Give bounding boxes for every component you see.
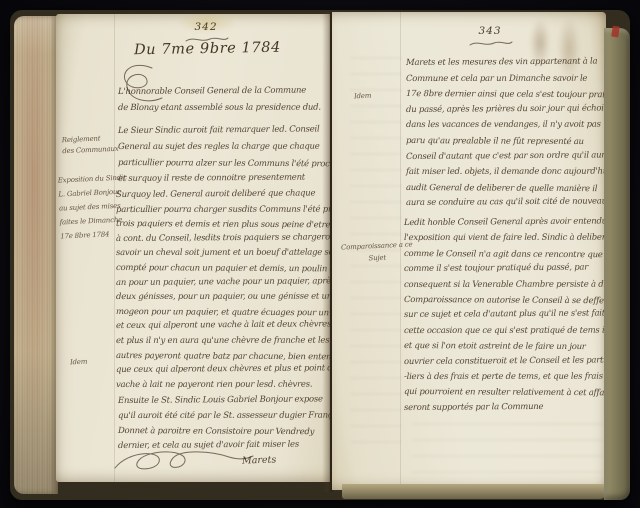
manuscript-text-line: Surquoy led. General auroit deliberé que… <box>116 186 330 203</box>
manuscript-text-line: Ensuite le St. Sindic Louis Gabriel Bonj… <box>118 392 330 409</box>
ink-bleedthrough <box>412 416 602 482</box>
manuscript-text-line: ouvrier cela constitueroit et le Conseil… <box>404 353 606 370</box>
manuscript-text-line: des Communaux <box>62 143 119 156</box>
book-cover-edge <box>604 28 630 500</box>
page-number-flourish <box>468 39 514 48</box>
manuscript-text-line: vache à lait ne payeront rien pour lesd.… <box>116 377 330 392</box>
manuscript-text-line: aura se conduire au cas qu'il soit cité … <box>406 195 606 212</box>
margin-note-comparoissance: Comparoissance a ceSujet <box>336 238 419 266</box>
photo-background: 342 Du 7me 9bre 1784 L'honnorable Consei… <box>0 0 640 508</box>
margin-note-idem: Idem <box>70 358 88 367</box>
entry-date-heading: Du 7me 9bre 1784 <box>134 40 281 59</box>
manuscript-text-line: comme il s'est toujour pratiqué du passé… <box>404 260 606 277</box>
paragraph-opening: L'honnorable Conseil General de la Commu… <box>118 84 321 116</box>
page-number: 342 <box>166 21 246 33</box>
manuscript-text-line: Le Sieur Sindic auroit fait remarquer le… <box>118 121 330 139</box>
manuscript-text-line: L'honnorable Conseil General de la Commu… <box>118 82 321 100</box>
manuscript-text-line: 17e 8bre 1784 <box>60 226 130 243</box>
margin-note-exposition: Exposition du SindicL. Gabriel Bonjourau… <box>58 171 130 244</box>
paragraph-sindic-exposition: Marets et les mesures des vin appartenan… <box>406 56 606 212</box>
margin-note-idem: Idem <box>354 92 372 101</box>
manuscript-text-line: consequent si la Venerable Chambre persi… <box>404 277 606 293</box>
manuscript-text-line: et plus il n'y en aura qu'une chèvre de … <box>116 334 330 349</box>
margin-note-reglement: Reiglementdes Communaux <box>62 133 119 156</box>
manuscript-text-line: de Blonay etant assemblé sous la preside… <box>118 100 321 116</box>
manuscript-text-line: savoir un cheval soit jument et un boeuf… <box>116 246 330 261</box>
manuscript-text-line: que ceux qui alperont deux chèvres et pl… <box>116 361 330 378</box>
manuscript-text-line: Idem <box>70 358 88 367</box>
manuscript-text-line: cette occasion que ce qui s'est pratiqué… <box>404 323 606 339</box>
manuscript-text-line: dans les vacances de vendanges, il n'y a… <box>406 118 606 134</box>
manuscript-text-line: -liers à des frais et perte de tems, et … <box>404 370 606 386</box>
manuscript-text-line: deux génisses, pour un paquier, ou une g… <box>116 290 330 305</box>
manuscript-text-line: faites le Dimanche <box>59 212 129 229</box>
paragraph-consistoire: Ensuite le St. Sindic Louis Gabriel Bonj… <box>118 394 330 454</box>
manuscript-text-line: seront supportés par la Commune <box>404 399 606 416</box>
paragraph-conseil-deliberation: Ledit honble Conseil General après avoir… <box>404 216 606 416</box>
manuscript-text-line: et surquoy il reste de connoitre present… <box>118 169 330 187</box>
right-page: 343 Marets et les mesures des vin appart… <box>332 12 606 490</box>
paragraph-deliberation: Surquoy led. General auroit deliberé que… <box>116 188 330 392</box>
manuscript-text-line: General au sujet des regles la charge qu… <box>118 139 330 155</box>
paragraph-sindic-remark: Le Sieur Sindic auroit fait remarquer le… <box>118 123 330 187</box>
page-edges-stack <box>14 16 58 494</box>
manuscript-text-line: à cont. du Conseil, lesdits trois paquie… <box>116 230 330 247</box>
manuscript-text-line: Idem <box>354 92 372 101</box>
manuscript-text-line: fait miser led. objets, il demande donc … <box>406 165 606 181</box>
signature-flourish <box>111 446 256 476</box>
signature-name: Marets <box>242 454 277 466</box>
manuscript-text-line: an pour un paquier, une vache pour un pa… <box>116 274 330 291</box>
manuscript-text-line: Commune et cela par un Dimanche savoir l… <box>406 71 606 87</box>
manuscript-text-line: Ledit honble Conseil General après avoir… <box>404 214 606 231</box>
left-page: 342 Du 7me 9bre 1784 L'honnorable Consei… <box>56 14 330 482</box>
manuscript-text-line: Conseil d'autant que c'est par son ordre… <box>406 148 606 165</box>
manuscript-text-line: sur ce sujet et cela d'autant plus qu'il… <box>404 306 606 323</box>
manuscript-text-line: du passé, après les prières du soir jour… <box>406 101 606 118</box>
manuscript-text-line: qu'il auroit été cité par le St. assesse… <box>118 409 330 424</box>
page-number: 343 <box>450 25 530 37</box>
manuscript-text-line: Marets et les mesures des vin appartenan… <box>406 54 606 71</box>
manuscript-text-line: et ceux qui alperont une vache à lait et… <box>116 317 330 334</box>
manuscript-text-line: l'exposition qui vient de faire led. Sin… <box>404 231 606 247</box>
bottom-page-edges <box>342 484 608 499</box>
manuscript-text-line: particullier pourra charger susdits Comm… <box>116 202 330 217</box>
